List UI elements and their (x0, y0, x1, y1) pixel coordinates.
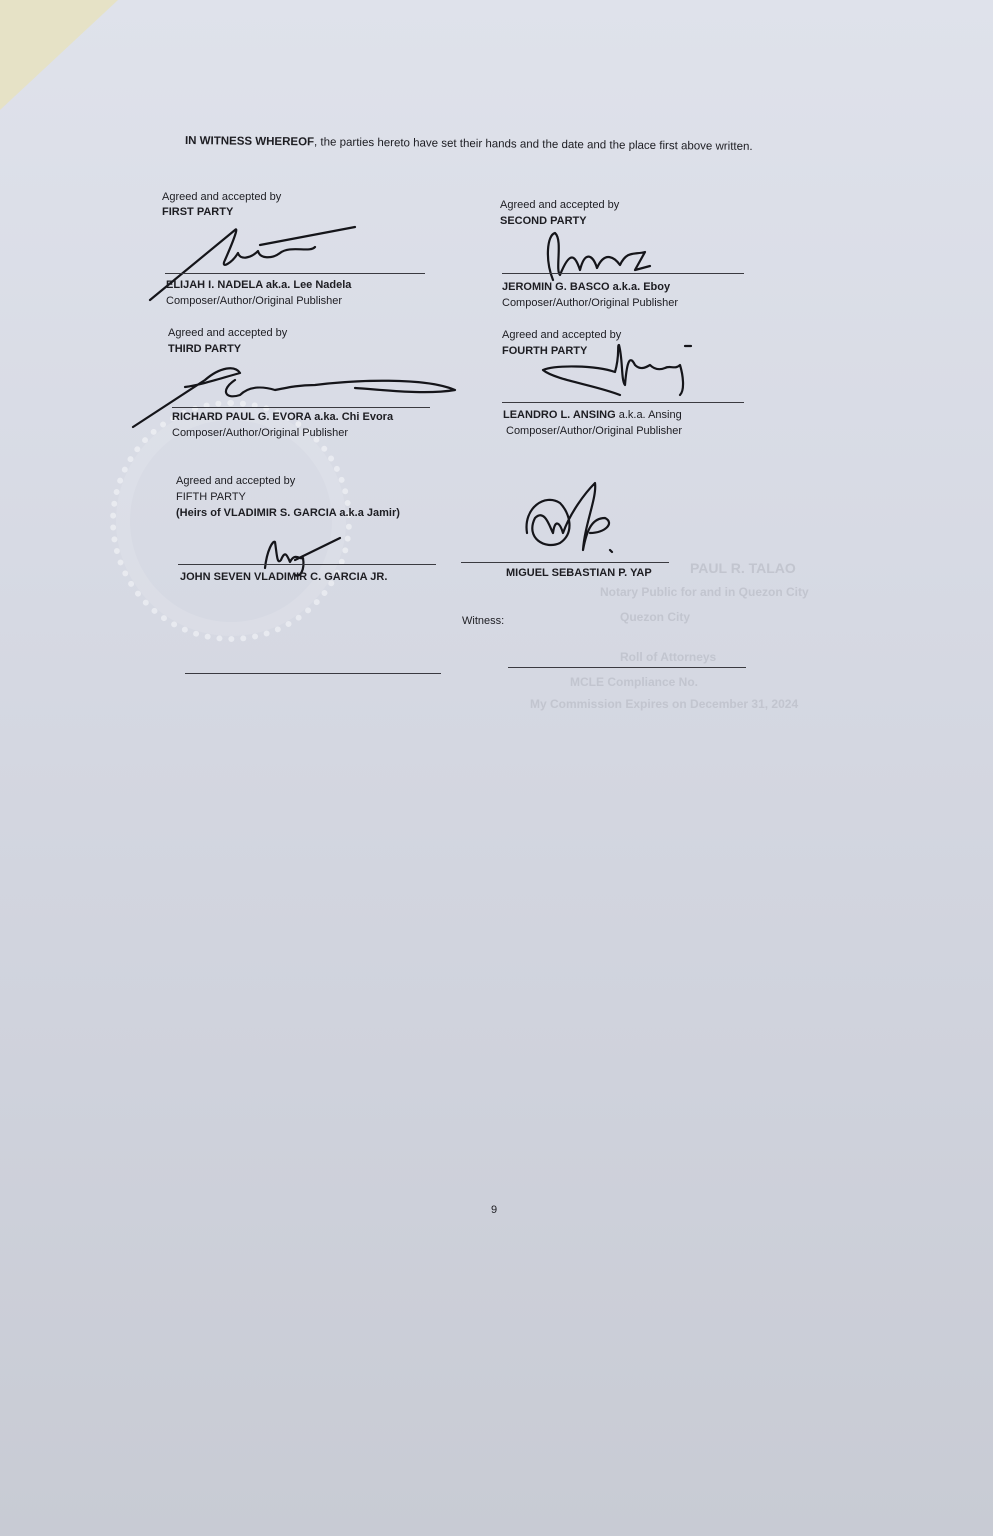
document-page: PAUL R. TALAO Notary Public for and in Q… (0, 0, 993, 1536)
witness-label: Witness: (462, 614, 504, 628)
party-name-fourth: LEANDRO L. ANSING a.k.a. Ansing (503, 408, 682, 422)
party-name-third: RICHARD PAUL G. EVORA a.ka. Chi Evora (172, 410, 393, 424)
party-label-fifth: FIFTH PARTY (176, 490, 246, 504)
witness-clause-bold: IN WITNESS WHEREOF (185, 135, 314, 148)
signature-line (502, 273, 744, 274)
accept-label: Agreed and accepted by (168, 326, 287, 340)
party-role: Composer/Author/Original Publisher (502, 296, 678, 310)
party-note-fifth: (Heirs of VLADIMIR S. GARCIA a.k.a Jamir… (176, 506, 400, 520)
party-label-second: SECOND PARTY (500, 214, 587, 228)
party-role: Composer/Author/Original Publisher (172, 426, 348, 440)
signature-line (165, 273, 425, 274)
show-through-text: Quezon City (620, 610, 690, 624)
accept-label: Agreed and accepted by (162, 190, 281, 204)
witness-line-left (185, 673, 441, 674)
party-name-first: ELIJAH I. NADELA ak.a. Lee Nadela (166, 278, 351, 292)
party-name-second: JEROMIN G. BASCO a.k.a. Eboy (502, 280, 670, 294)
signature-line (502, 402, 744, 403)
show-through-text: Roll of Attorneys (620, 650, 716, 664)
show-through-text: MCLE Compliance No. (570, 675, 698, 689)
witness-line-right (508, 667, 746, 668)
party-role: Composer/Author/Original Publisher (166, 294, 342, 308)
party-name-bold: LEANDRO L. ANSING (503, 409, 616, 421)
page-number: 9 (491, 1203, 497, 1217)
signature-line (461, 562, 669, 563)
signature-fourth-party (535, 340, 705, 410)
party-role: Composer/Author/Original Publisher (506, 424, 682, 438)
accept-label: Agreed and accepted by (500, 198, 619, 212)
witness-clause: IN WITNESS WHEREOF, the parties hereto h… (185, 134, 753, 154)
witness-clause-text: , the parties hereto have set their hand… (314, 136, 753, 153)
signature-sixth-signatory (515, 478, 625, 563)
show-through-text: My Commission Expires on December 31, 20… (530, 697, 798, 711)
accept-label: Agreed and accepted by (176, 474, 295, 488)
signatory-name-sixth: MIGUEL SEBASTIAN P. YAP (506, 566, 652, 580)
signature-line (178, 564, 436, 565)
show-through-text: Notary Public for and in Quezon City (600, 585, 809, 599)
party-label-third: THIRD PARTY (168, 342, 241, 356)
party-alias: a.k.a. Ansing (616, 409, 682, 421)
party-name-fifth: JOHN SEVEN VLADIMIR C. GARCIA JR. (180, 570, 387, 584)
show-through-text: PAUL R. TALAO (690, 560, 796, 576)
signature-line (172, 407, 430, 408)
